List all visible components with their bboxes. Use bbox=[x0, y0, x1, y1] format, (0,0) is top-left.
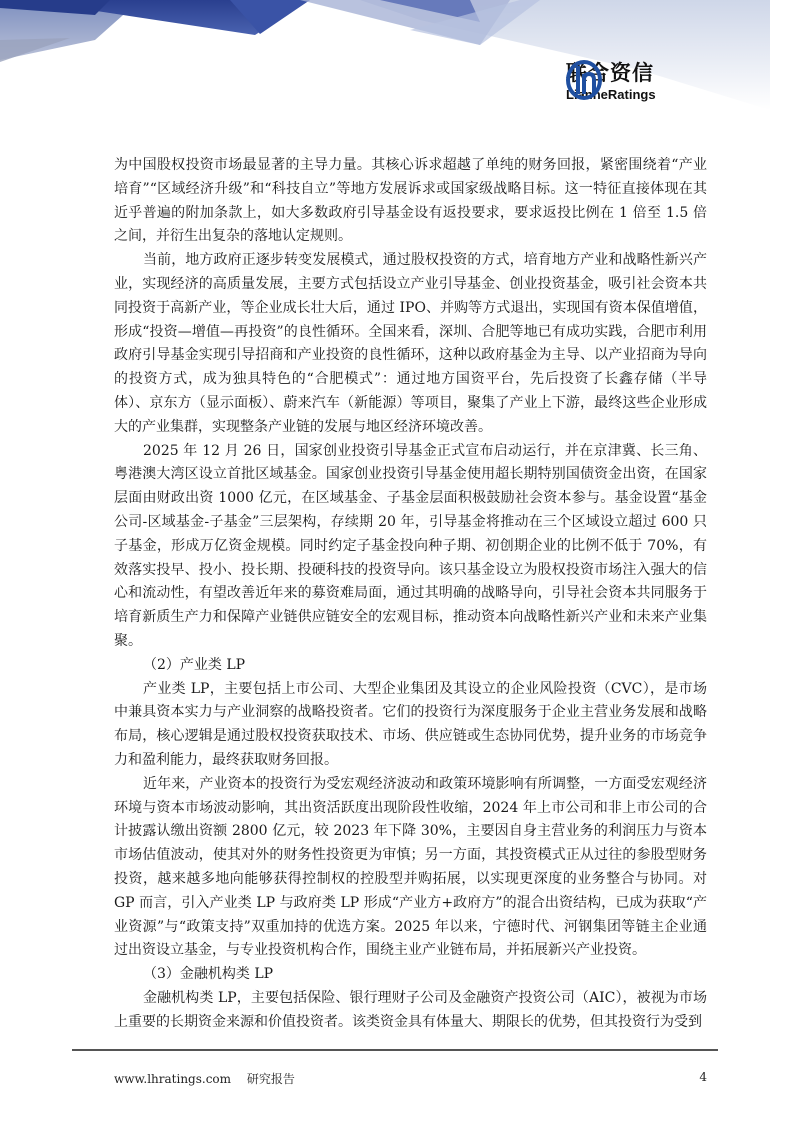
header-decorative-band: 联合资信 LianheRatings bbox=[0, 0, 794, 125]
paragraph-continuation: 为中国股权投资市场最显著的主导力量。其核心诉求超越了单纯的财务回报，紧密围绕着“… bbox=[114, 154, 707, 249]
paragraph-local-government-model: 当前，地方政府正逐步转变发展模式，通过股权投资的方式，培育地方产业和战略性新兴产… bbox=[114, 249, 707, 439]
paragraph-industrial-lp-trends: 近年来，产业资本的投资行为受宏观经济波动和政策环境影响有所调整，一方面受宏观经济… bbox=[114, 773, 707, 963]
header-graphic bbox=[0, 0, 794, 125]
lianhe-logo-icon bbox=[566, 60, 602, 100]
paragraph-national-vc-fund: 2025 年 12 月 26 日，国家创业投资引导基金正式宣布启动运行，并在京津… bbox=[114, 440, 707, 654]
footer-doc-type: 研究报告 bbox=[247, 1072, 295, 1086]
paragraph-industrial-lp-definition: 产业类 LP，主要包括上市公司、大型企业集团及其设立的企业风险投资（CVC），是… bbox=[114, 678, 707, 773]
footer-divider bbox=[72, 1049, 718, 1051]
lianhe-ratings-logo: 联合资信 LianheRatings bbox=[566, 60, 656, 104]
report-body: 为中国股权投资市场最显著的主导力量。其核心诉求超越了单纯的财务回报，紧密围绕着“… bbox=[114, 154, 707, 1034]
footer-website-link[interactable]: www.lhratings.com bbox=[114, 1072, 231, 1086]
page-footer: www.lhratings.com 研究报告 4 bbox=[114, 1070, 707, 1087]
page-number: 4 bbox=[699, 1070, 707, 1087]
section-heading-industrial-lp: （2）产业类 LP bbox=[114, 654, 707, 678]
section-heading-financial-lp: （3）金融机构类 LP bbox=[114, 963, 707, 987]
paragraph-financial-lp-definition: 金融机构类 LP，主要包括保险、银行理财子公司及金融资产投资公司（AIC），被视… bbox=[114, 987, 707, 1035]
